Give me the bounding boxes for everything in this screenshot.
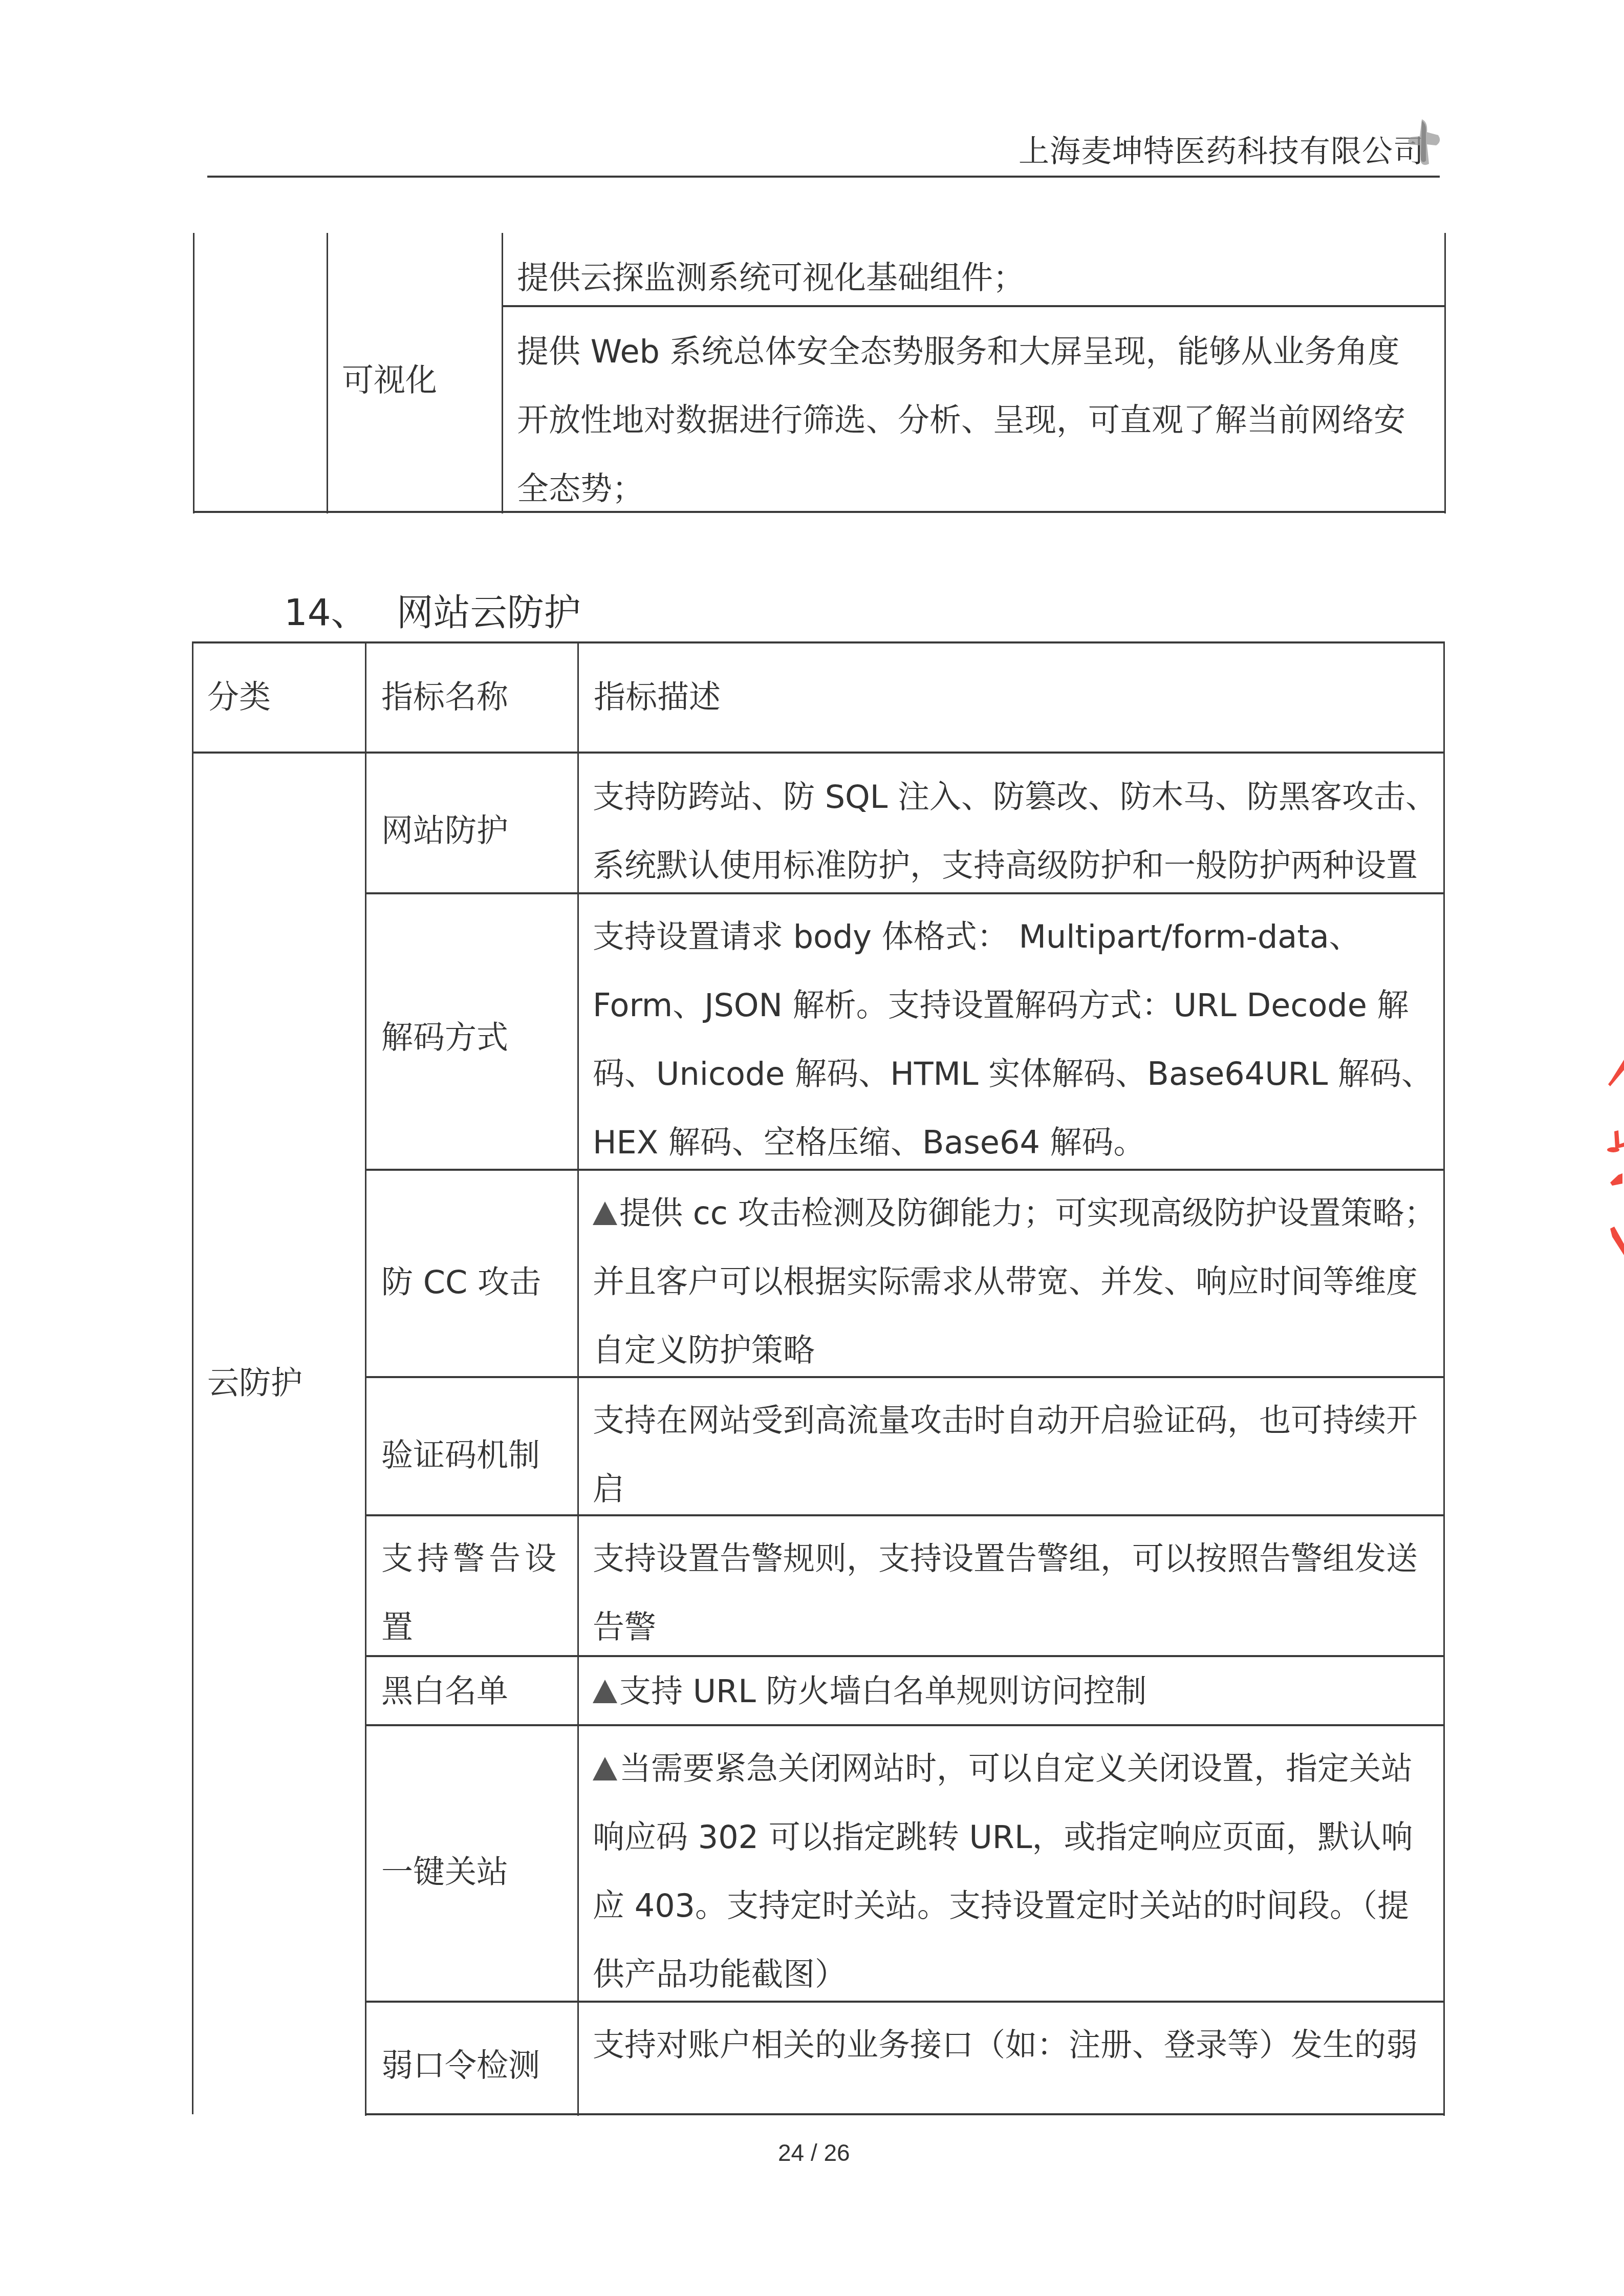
table-col-divider (365, 642, 366, 2116)
indicator-description: 支持设置请求 body 体格式： Multipart/form-data、 Fo… (593, 903, 1433, 1177)
indicator-description: 支持防跨站、防 SQL 注入、防篡改、防木马、防黑客攻击、 系统默认使用标准防护… (593, 763, 1437, 900)
table-border-left (192, 642, 193, 2114)
section-title: 网站云防护 (397, 591, 581, 634)
indicator-name: 一键关站 (381, 1838, 508, 1906)
table-col-divider (502, 233, 503, 513)
indicator-description: 提供云探监测系统可视化基础组件； (517, 244, 1025, 312)
table-header-divider (192, 752, 1445, 754)
table-col-divider (327, 233, 328, 513)
indicator-name: 防 CC 攻击 (381, 1248, 541, 1317)
column-header-indicator-description: 指标描述 (594, 663, 721, 732)
indicator-name: 弱口令检测 (381, 2031, 540, 2100)
table-border-top (192, 641, 1445, 643)
indicator-description: 支持对账户相关的业务接口（如：注册、登录等）发生的弱 (593, 2011, 1418, 2079)
indicator-name: 验证码机制 (381, 1421, 540, 1490)
red-seal-stamp-icon (1582, 1055, 1624, 1259)
indicator-name: 黑白名单 (381, 1657, 508, 1726)
section-number: 14、 (284, 591, 368, 634)
indicator-description: 提供 Web 系统总体安全态势服务和大屏呈现，能够从业务角度 开放性地对数据进行… (517, 317, 1405, 523)
indicator-description: 当需要紧急关闭网站时，可以自定义关闭设置，指定关站 响应码 302 可以指定跳转… (593, 1734, 1413, 2009)
table-border-right (1443, 642, 1445, 2116)
column-header-category: 分类 (207, 663, 271, 732)
indicator-description: 支持 URL 防火墙白名单规则访问控制 (593, 1657, 1146, 1726)
page-number: 24 / 26 (778, 2139, 850, 2166)
header-rule (207, 176, 1440, 178)
triangle-marker-icon (593, 1201, 617, 1225)
table-border-right (1444, 233, 1446, 513)
indicator-name: 支持警告设 置 (381, 1525, 560, 1662)
indicator-name: 网站防护 (381, 797, 508, 865)
indicator-description: 支持在网站受到高流量攻击时自动开启验证码，也可持续开 启 (593, 1386, 1418, 1523)
category-cloud-protection: 云防护 (207, 1349, 302, 1418)
table-col-divider (577, 642, 579, 2116)
indicator-description: 支持设置告警规则，支持设置告警组，可以按照告警组发送 告警 (593, 1525, 1418, 1662)
table-border-left (193, 233, 194, 513)
table-border-bottom (365, 2113, 1445, 2115)
triangle-marker-icon (593, 1680, 617, 1703)
section-heading: 14、网站云防护 (284, 583, 581, 636)
column-header-indicator-name: 指标名称 (381, 663, 508, 732)
indicator-description: 提供 cc 攻击检测及防御能力；可实现高级防护设置策略； 并且客户可以根据实际需… (593, 1179, 1436, 1385)
triangle-marker-icon (593, 1757, 617, 1780)
company-logo-cross-icon (1406, 117, 1442, 168)
indicator-name: 解码方式 (381, 1003, 508, 1072)
company-name: 上海麦坤特医药科技有限公司 (1019, 127, 1424, 171)
indicator-name-visualization: 可视化 (342, 346, 437, 415)
